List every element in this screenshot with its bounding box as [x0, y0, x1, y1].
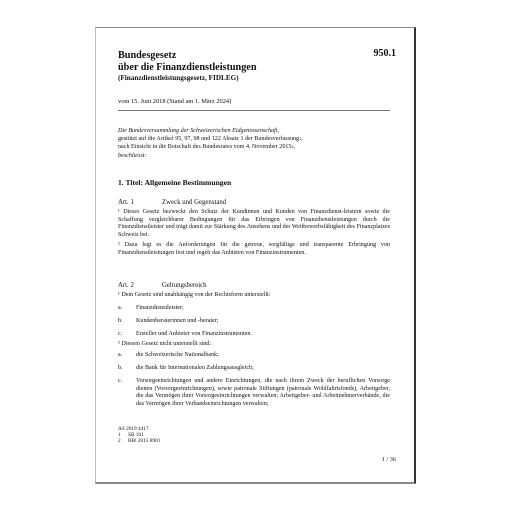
header-rule: [118, 110, 390, 111]
article-2-number: Art. 2: [118, 282, 134, 289]
document-page: Bundesgesetz über die Finanzdienstleistu…: [95, 27, 416, 484]
preamble-line-2-text: gestützt auf die Artikel 95, 97, 98 und …: [118, 136, 299, 142]
preamble-line-3: nach Einsicht in die Botschaft des Bunde…: [118, 143, 295, 151]
article-1-number: Art. 1: [118, 199, 134, 206]
title-line-2: über die Finanzdienstleistungen: [118, 62, 257, 74]
article-2-paragraph-2: ² Diesem Gesetz nicht unterstellt sind:: [118, 341, 390, 349]
list-marker: c.: [118, 378, 122, 386]
list-marker: b.: [118, 318, 123, 326]
list-marker: a.: [118, 352, 122, 360]
preamble-line-4: beschliesst:: [118, 152, 146, 160]
sr-number: 950.1: [374, 48, 397, 59]
page-number: 1 / 36: [382, 456, 396, 463]
title-line-1: Bundesgesetz: [118, 50, 257, 62]
article-1-paragraph-2: ² Dazu legt es die Anforderungen für die…: [118, 242, 390, 257]
preamble-line-3-text: nach Einsicht in die Botschaft des Bunde…: [118, 144, 291, 150]
document-subtitle: (Finanzdienstleistungsgesetz, FIDLEG): [118, 74, 239, 82]
footnote-ref-1[interactable]: 1: [299, 136, 301, 141]
footnote-2: 2BBl 2015 8901: [118, 438, 121, 444]
list-item-c-text: Vorsorgeeinrichtungen und andere Einrich…: [136, 378, 390, 408]
document-title: Bundesgesetz über die Finanzdienstleistu…: [118, 50, 257, 73]
list-text: Finanzdienstleister;: [136, 305, 184, 313]
list-marker: b.: [118, 365, 123, 373]
list-text: die Bank für Internationalen Zahlungsaus…: [136, 365, 254, 373]
preamble-line-2: gestützt auf die Artikel 95, 97, 98 und …: [118, 135, 303, 143]
list-text: Ersteller und Anbieter von Finanzinstrum…: [136, 331, 252, 339]
list-marker: a.: [118, 305, 122, 313]
article-2-title: Geltungsbereich: [162, 282, 207, 289]
preamble-line-1: Die Bundesversammlung der Schweizerische…: [118, 127, 279, 135]
article-1-paragraph-1: ¹ Dieses Gesetz bezweckt den Schutz der …: [118, 209, 390, 240]
list-text: Kundenberaterinnen und -berater;: [136, 318, 219, 326]
article-1-title: Zweck und Gegenstand: [162, 199, 226, 206]
section-heading: 1. Titel: Allgemeine Bestimmungen: [118, 178, 231, 187]
footnote-ref-2[interactable]: 2: [291, 144, 293, 149]
footnote-text: BBl 2015 8901: [128, 438, 160, 444]
list-marker: c.: [118, 331, 122, 339]
footnote-marker: 2: [118, 438, 121, 444]
article-2-paragraph-1: ¹ Dem Gesetz sind unabhängig von der Rec…: [118, 292, 390, 300]
document-date: vom 15. Juni 2018 (Stand am 1. März 2024…: [118, 98, 231, 105]
list-text: die Schweizerische Nationalbank;: [136, 352, 219, 360]
